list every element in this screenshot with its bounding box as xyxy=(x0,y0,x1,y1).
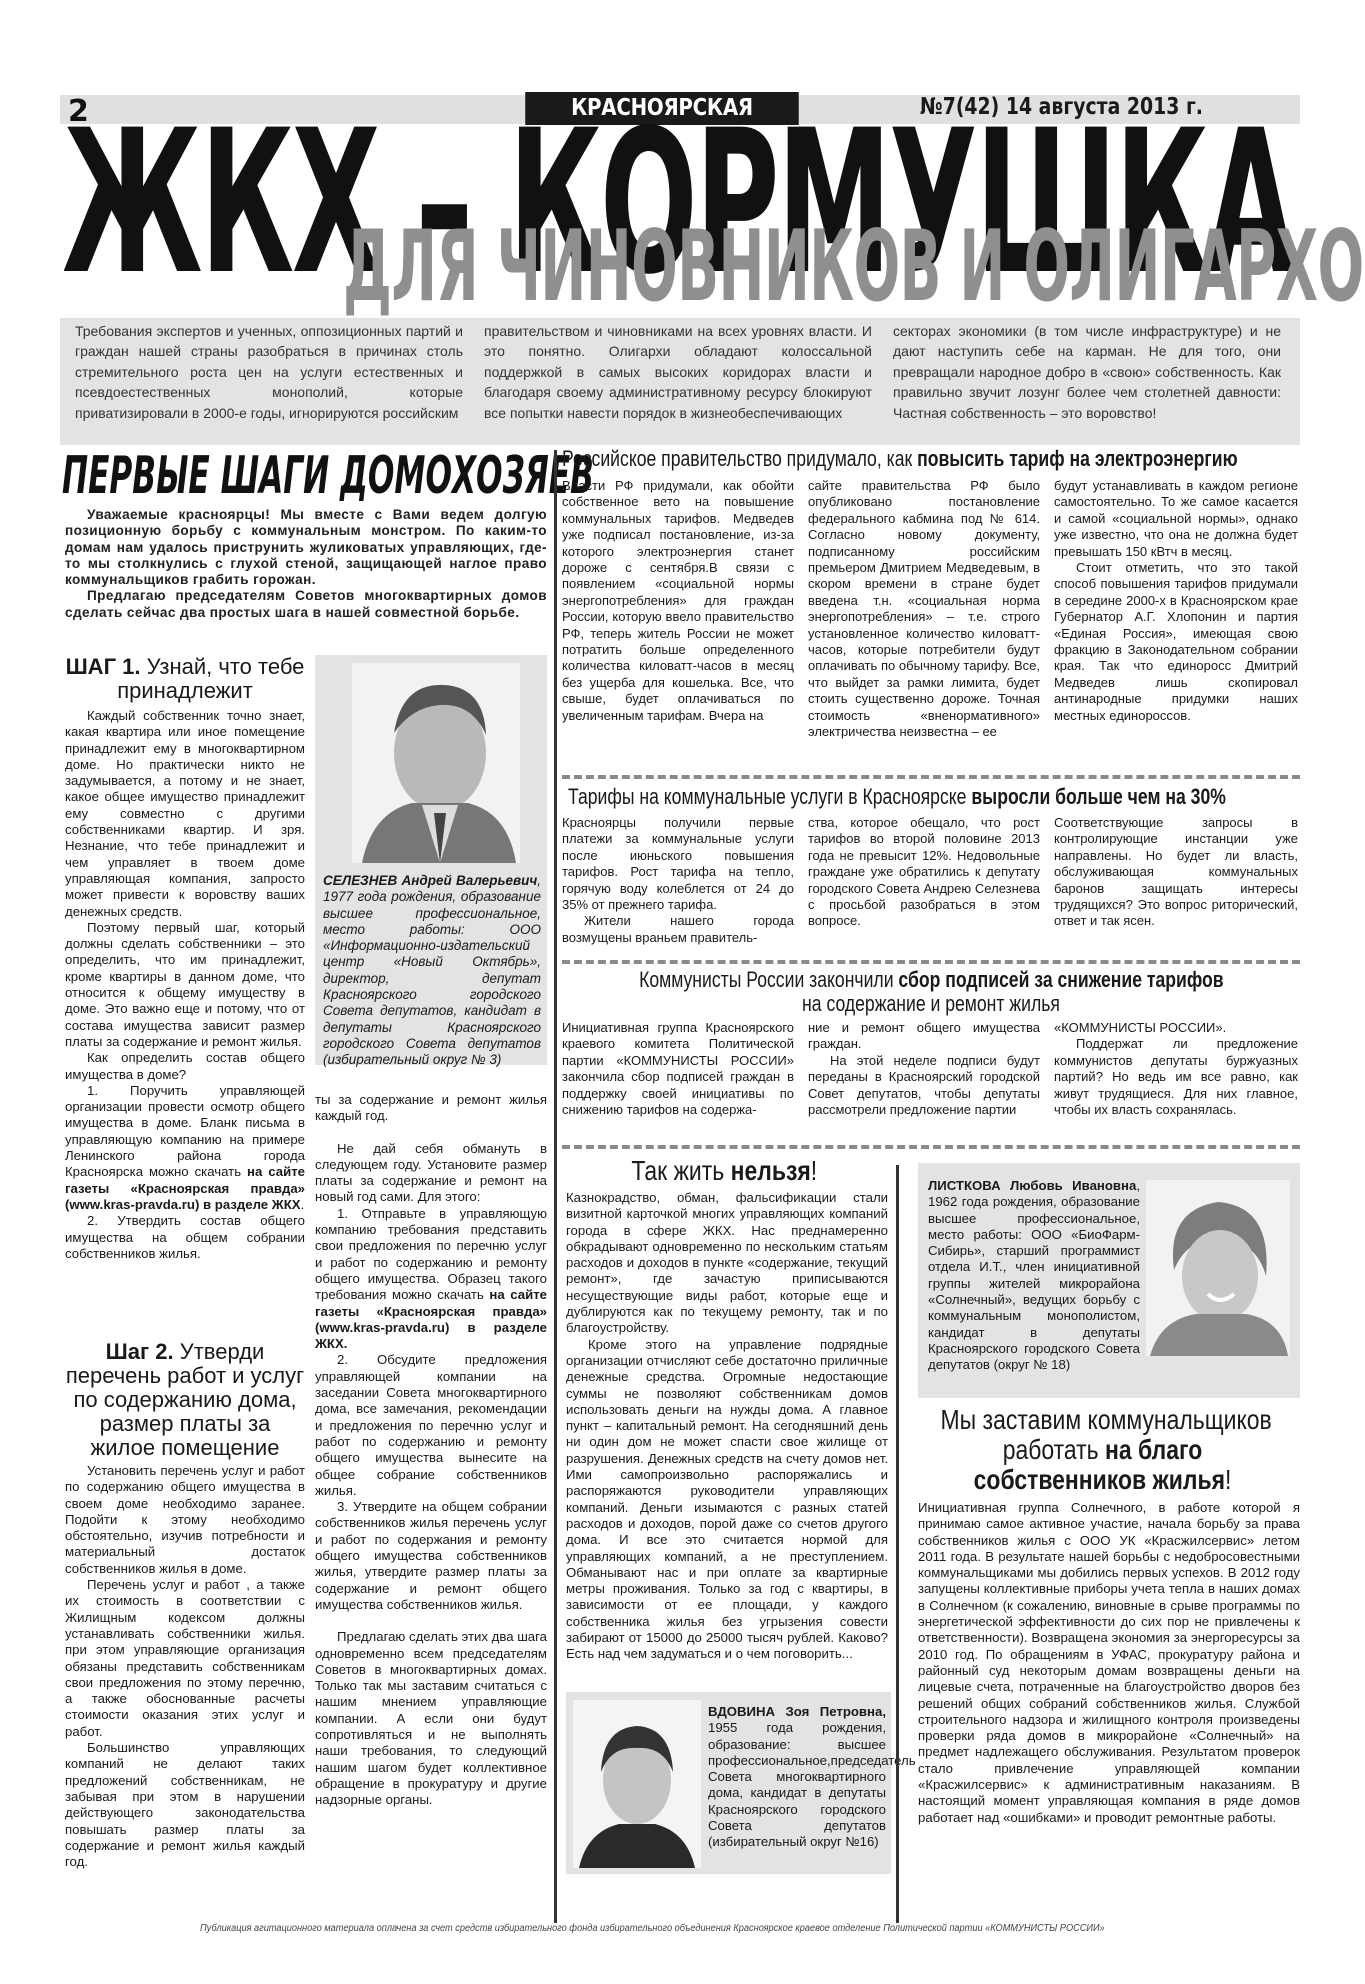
step1-label: ШАГ 1. xyxy=(66,654,141,679)
column-divider xyxy=(896,1165,899,1923)
title-text: Коммунисты России закончили xyxy=(639,967,898,992)
tariffs-col-3: Соответствующие запросы в контролирующие… xyxy=(1054,815,1298,930)
paragraph: Большинство управляющих компаний не дела… xyxy=(65,1740,305,1870)
title-wrap: Так жить нельзя! xyxy=(632,1156,818,1186)
paragraph: 1. Поручить управляющей организации пров… xyxy=(65,1083,305,1213)
paragraph: Стоит отметить, что это такой способ пов… xyxy=(1054,560,1298,724)
article-cant-live-title: Так жить нельзя! xyxy=(562,1156,887,1186)
title-bold-text: повысить тариф на электроэнергию xyxy=(917,446,1238,471)
paragraph: «КОММУНИСТЫ РОССИИ». xyxy=(1054,1020,1298,1036)
paragraph: Жители нашего города возмущены враньем п… xyxy=(562,913,794,946)
dashed-separator xyxy=(562,775,1300,779)
title-bold-text: сбор подписей за снижение тарифов xyxy=(898,967,1223,992)
communists-col-3: «КОММУНИСТЫ РОССИИ». Поддержат ли предло… xyxy=(1054,1020,1298,1118)
communists-col-2: ние и ремонт общего имущества граждан. Н… xyxy=(808,1020,1040,1118)
paragraph: 1. Отправьте в управляющую компанию треб… xyxy=(315,1206,547,1353)
paragraph: Казнокрадство, обман, фальсификации стал… xyxy=(566,1190,888,1337)
article-electricity-title: Российское правительство придумало, как … xyxy=(562,446,1238,472)
electricity-col-3: будут устанавливать в каждом регионе сам… xyxy=(1054,478,1298,724)
sub-headline: ДЛЯ ЧИНОВНИКОВ И ОЛИГАРХОВ xyxy=(343,222,1365,312)
column-divider xyxy=(554,450,557,1923)
article-steps-title: ПЕРВЫЕ ШАГИ ДОМОХОЗЯЕВ xyxy=(62,448,594,504)
listkova-name: ЛИСТКОВА Любовь Ивановна xyxy=(928,1178,1136,1193)
paragraph: Предлагаю сделать этих два шага одноврем… xyxy=(315,1629,547,1808)
title-end: ! xyxy=(811,1155,817,1186)
listkova-photo xyxy=(1146,1180,1290,1356)
paragraph: ты за содержание и ремонт жилья каждый г… xyxy=(315,1092,547,1125)
seleznev-caption: СЕЛЕЗНЕВ Андрей Валерьевич, 1977 года ро… xyxy=(323,873,541,1069)
article-steps-lead: Уважаемые красноярцы! Мы вместе с Вами в… xyxy=(65,507,547,621)
paragraph: Каждый собственник точно знает, какая кв… xyxy=(65,708,305,920)
paragraph: ние и ремонт общего имущества граждан. xyxy=(808,1020,1040,1053)
title-line-3: собственников жилья! xyxy=(941,1465,1265,1495)
paragraph: Инициативная группа Солнечного, в работе… xyxy=(918,1500,1300,1826)
lead-paragraph-2: Предлагаю председателям Советов многоква… xyxy=(65,588,547,621)
step2-body: Установить перечень услуг и работ по сод… xyxy=(65,1463,305,1870)
intro-col-2: правительством и чиновниками на всех уро… xyxy=(484,321,872,423)
text: . xyxy=(301,1197,305,1212)
listkova-bio: , 1962 года рождения, образование высшее… xyxy=(928,1178,1140,1372)
lead-paragraph-1: Уважаемые красноярцы! Мы вместе с Вами в… xyxy=(65,507,547,588)
title-line-1: Мы заставим коммунальщиков xyxy=(941,1405,1265,1435)
seleznev-name: СЕЛЕЗНЕВ Андрей Валерьевич xyxy=(323,873,537,888)
paragraph: Не дай себя обмануть в следующем году. У… xyxy=(315,1141,547,1206)
seleznev-bio: , 1977 года рождения, образование высшее… xyxy=(323,873,541,1067)
caption-text: ВДОВИНА Зоя Петровна, 1955 года рождения… xyxy=(708,1704,886,1851)
article-force-title: Мы заставим коммунальщиков работать на б… xyxy=(905,1405,1300,1495)
title-line-2: работать на благо xyxy=(941,1435,1265,1465)
title-bold-text: выросли больше чем на 30% xyxy=(971,784,1226,809)
title-text: Тарифы на коммунальные услуги в Краснояр… xyxy=(568,784,971,809)
title-end: ! xyxy=(1225,1464,1231,1495)
portrait-woman-icon xyxy=(1146,1180,1290,1356)
vdovina-photo xyxy=(573,1700,701,1868)
paragraph: будут устанавливать в каждом регионе сам… xyxy=(1054,478,1298,560)
paragraph: Как определить состав общего имущества в… xyxy=(65,1050,305,1083)
intro-col-3: секторах экономики (в том числе инфрастр… xyxy=(893,321,1281,423)
portrait-woman-icon xyxy=(573,1700,701,1868)
title-bold-text: нельзя xyxy=(731,1155,811,1186)
paragraph: 3. Утвердите на общем собрании собственн… xyxy=(315,1499,547,1613)
step2-heading: Шаг 2. Утверди перечень работ и услуг по… xyxy=(65,1340,305,1460)
electricity-col-1: Власти РФ придумали, как обойти собствен… xyxy=(562,478,794,724)
steps-column-2: ты за содержание и ремонт жилья каждый г… xyxy=(315,1092,547,1808)
portrait-man-icon xyxy=(352,663,520,863)
tariffs-col-1: Красноярцы получили первые платежи за ко… xyxy=(562,815,794,946)
paragraph: Поэтому первый шаг, который должны сдела… xyxy=(65,920,305,1050)
dashed-separator xyxy=(562,1145,1300,1149)
title-bold-text: собственников жилья xyxy=(974,1464,1225,1495)
electricity-col-2: сайте правительства РФ было опубликовано… xyxy=(808,478,1040,741)
tariffs-col-2: ства, которое обещало, что рост тарифов … xyxy=(808,815,1040,930)
vdovina-caption: ВДОВИНА Зоя Петровна, 1955 года рождения… xyxy=(708,1704,886,1851)
title-line-2: на содержание и ремонт жилья xyxy=(636,992,1226,1016)
communists-col-1: Инициативная группа Красноярского краево… xyxy=(562,1020,794,1118)
caption-text: ЛИСТКОВА Любовь Ивановна, 1962 года рожд… xyxy=(928,1178,1140,1374)
title-text: работать xyxy=(1003,1434,1105,1465)
publication-note: Публикация агитационного материала оплач… xyxy=(200,1923,1105,1934)
paragraph: Поддержат ли предложение коммунистов деп… xyxy=(1054,1036,1298,1118)
paragraph: Красноярцы получили первые платежи за ко… xyxy=(562,815,794,913)
intro-col-1: Требования экспертов и ученных, оппозици… xyxy=(75,321,463,423)
paragraph: Кроме этого на управление подрядные орга… xyxy=(566,1337,888,1663)
paragraph: Установить перечень услуг и работ по сод… xyxy=(65,1463,305,1577)
paragraph: 2. Утвердить состав общего имущества на … xyxy=(65,1213,305,1262)
step2-label: Шаг 2. xyxy=(106,1339,174,1364)
seleznev-photo xyxy=(352,663,520,863)
step1-title: Узнай, что тебе принадлежит xyxy=(117,654,304,703)
step2-title: Утверди перечень работ и услуг по содерж… xyxy=(66,1339,304,1460)
paragraph: На этой неделе подписи будут переданы в … xyxy=(808,1053,1040,1119)
paragraph: Перечень услуг и работ , а также их стои… xyxy=(65,1577,305,1740)
vdovina-bio: 1955 года рождения, образование: высшее … xyxy=(708,1720,916,1849)
title-text: Так жить xyxy=(632,1155,731,1186)
step1-heading: ШАГ 1. Узнай, что тебе принадлежит xyxy=(65,655,305,703)
cant-live-body: Казнокрадство, обман, фальсификации стал… xyxy=(566,1190,888,1663)
article-tariffs-title: Тарифы на коммунальные услуги в Краснояр… xyxy=(568,784,1226,810)
paragraph: 2. Обсудите предложения управляющей комп… xyxy=(315,1352,547,1499)
article-communists-title: Коммунисты России закончили сбор подписе… xyxy=(562,968,1300,1016)
title-line-1: Коммунисты России закончили сбор подписе… xyxy=(639,968,1224,992)
listkova-caption: ЛИСТКОВА Любовь Ивановна, 1962 года рожд… xyxy=(928,1178,1140,1374)
dashed-separator xyxy=(562,960,1300,964)
force-body: Инициативная группа Солнечного, в работе… xyxy=(918,1500,1300,1826)
vdovina-name: ВДОВИНА Зоя Петровна, xyxy=(708,1704,886,1719)
title-text: Российское правительство придумало, как xyxy=(562,446,917,471)
step1-body: Каждый собственник точно знает, какая кв… xyxy=(65,708,305,1262)
title-bold-text: на благо xyxy=(1105,1434,1202,1465)
